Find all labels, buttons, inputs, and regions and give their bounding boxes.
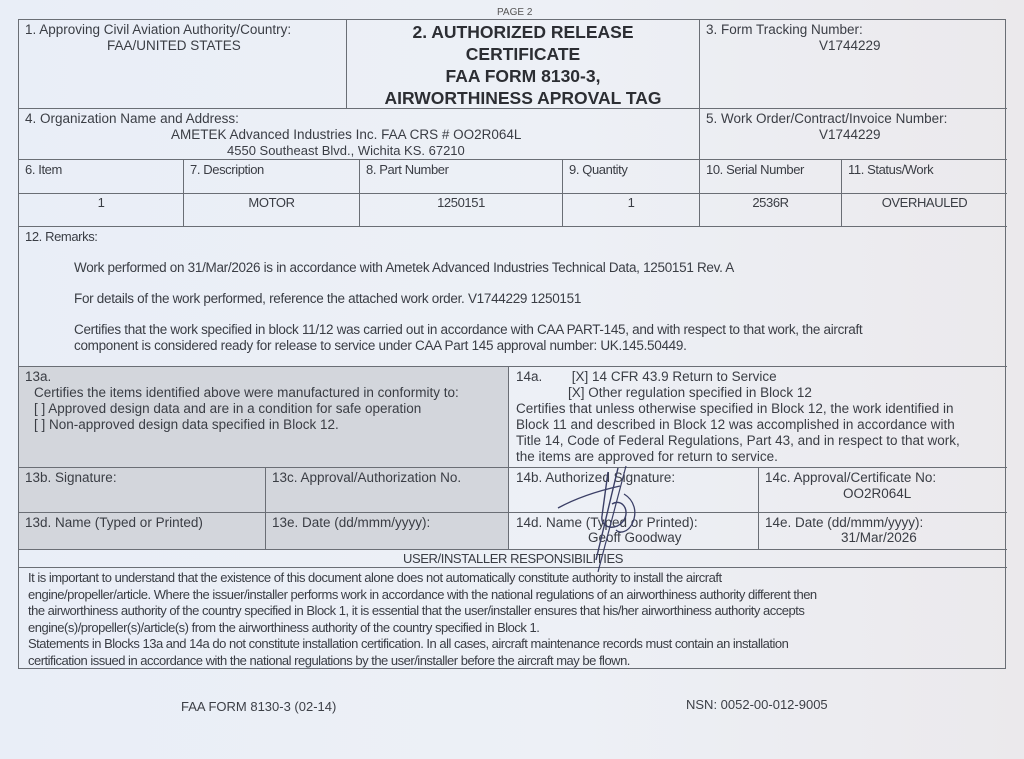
remarks-para-1: Work performed on 31/Mar/2026 is in acco… xyxy=(25,260,1001,276)
block-13b-signature[interactable]: 13b. Signature: xyxy=(19,468,266,513)
header-serial-number: 10. Serial Number xyxy=(700,160,842,194)
block-14b-label: 14b. Authorized Signature: xyxy=(516,470,675,485)
block-1-authority: 1. Approving Civil Aviation Authority/Co… xyxy=(19,20,347,109)
option-label: Non-approved design data specified in Bl… xyxy=(49,417,339,432)
block-14b-signature[interactable]: 14b. Authorized Signature: xyxy=(509,468,759,513)
block-13a-text: Certifies the items identified above wer… xyxy=(25,385,502,401)
option-label: Other regulation specified in Block 12 xyxy=(588,385,812,400)
header-description: 7. Description xyxy=(184,160,360,194)
option-label: Approved design data and are in a condit… xyxy=(48,401,421,416)
block-13e-date[interactable]: 13e. Date (dd/mmm/yyyy): xyxy=(266,513,509,550)
block-14c-certificate-no: 14c. Approval/Certificate No: OO2R064L xyxy=(759,468,1007,513)
block-13e-label: 13e. Date (dd/mmm/yyyy): xyxy=(272,515,430,530)
block-1-value: FAA/UNITED STATES xyxy=(107,38,241,54)
block-14e-date: 14e. Date (dd/mmm/yyyy): 31/Mar/2026 xyxy=(759,513,1007,550)
block-14e-value: 31/Mar/2026 xyxy=(841,530,917,546)
block-14d-value: Geoff Goodway xyxy=(588,530,682,546)
cell-status-work: OVERHAULED xyxy=(842,194,1007,227)
block-5-label: 5. Work Order/Contract/Invoice Number: xyxy=(706,111,947,126)
block-3-label: 3. Form Tracking Number: xyxy=(706,22,863,37)
block-12-label: 12. Remarks: xyxy=(25,229,1001,245)
remarks-para-3-line-1: Certifies that the work specified in blo… xyxy=(25,322,1001,338)
block-1-label: 1. Approving Civil Aviation Authority/Co… xyxy=(25,22,291,37)
block-13c-label: 13c. Approval/Authorization No. xyxy=(272,470,461,485)
responsibilities-line: certification issued in accordance with … xyxy=(28,653,1001,670)
block-4-line1: AMETEK Advanced Industries Inc. FAA CRS … xyxy=(171,127,521,143)
block-13c-approval-no[interactable]: 13c. Approval/Authorization No. xyxy=(266,468,509,513)
responsibilities-line: engine(s)/propeller(s)/article(s) from t… xyxy=(28,620,1001,637)
header-quantity: 9. Quantity xyxy=(563,160,700,194)
block-14a-text-2: Block 11 and described in Block 12 was a… xyxy=(516,417,1001,433)
option-label: 14 CFR 43.9 Return to Service xyxy=(592,369,777,384)
responsibilities-line: It is important to understand that the e… xyxy=(28,570,1001,587)
responsibilities-line: Statements in Blocks 13a and 14a do not … xyxy=(28,636,1001,653)
cell-serial-number: 2536R xyxy=(700,194,842,227)
title-line-2: CERTIFICATE xyxy=(353,43,693,65)
cell-quantity: 1 xyxy=(563,194,700,227)
block-3-value: V1744229 xyxy=(819,38,881,54)
block-14a-text-4: the items are approved for return to ser… xyxy=(516,449,1001,465)
header-status-work: 11. Status/Work xyxy=(842,160,1007,194)
block-13a-label: 13a. xyxy=(25,369,502,385)
certificate-form: 1. Approving Civil Aviation Authority/Co… xyxy=(18,19,1006,669)
block-2-title: 2. AUTHORIZED RELEASE CERTIFICATE FAA FO… xyxy=(347,20,700,109)
block-13d-label: 13d. Name (Typed or Printed) xyxy=(25,515,203,530)
block-5-work-order: 5. Work Order/Contract/Invoice Number: V… xyxy=(700,109,1007,160)
block-14d-label: 14d. Name (Typed or Printed): xyxy=(516,515,698,530)
responsibilities-line: the airworthiness authority of the count… xyxy=(28,603,1001,620)
cell-part-number: 1250151 xyxy=(360,194,563,227)
block-14a-label: 14a. xyxy=(516,369,568,385)
responsibilities-line: engine/propeller/article. Where the issu… xyxy=(28,587,1001,604)
cell-item: 1 xyxy=(19,194,184,227)
checkbox-other-regulation[interactable]: [X] xyxy=(568,385,585,400)
responsibilities-text: It is important to understand that the e… xyxy=(19,568,1007,670)
block-14a: 14a. [X] 14 CFR 43.9 Return to Service [… xyxy=(509,367,1007,468)
block-14d-name: 14d. Name (Typed or Printed): Geoff Good… xyxy=(509,513,759,550)
block-13a: 13a. Certifies the items identified abov… xyxy=(19,367,509,468)
title-line-4: AIRWORTHINESS APROVAL TAG xyxy=(353,87,693,109)
block-14c-label: 14c. Approval/Certificate No: xyxy=(765,470,936,485)
block-3-tracking-number: 3. Form Tracking Number: V1744229 xyxy=(700,20,1007,109)
remarks-para-3-line-2: component is considered ready for releas… xyxy=(25,338,1001,354)
block-4-line2: 4550 Southeast Blvd., Wichita KS. 67210 xyxy=(227,143,465,159)
checkbox-non-approved-design[interactable]: [ ] xyxy=(34,417,45,432)
block-13d-name[interactable]: 13d. Name (Typed or Printed) xyxy=(19,513,266,550)
cell-description: MOTOR xyxy=(184,194,360,227)
block-4-organization: 4. Organization Name and Address: AMETEK… xyxy=(19,109,700,160)
block-5-value: V1744229 xyxy=(819,127,881,143)
block-12-remarks: 12. Remarks: Work performed on 31/Mar/20… xyxy=(19,227,1007,367)
title-line-1: 2. AUTHORIZED RELEASE xyxy=(353,21,693,43)
title-line-3: FAA FORM 8130-3, xyxy=(353,65,693,87)
form-identifier: FAA FORM 8130-3 (02-14) xyxy=(181,699,336,714)
remarks-para-2: For details of the work performed, refer… xyxy=(25,291,1001,307)
block-14a-text-1: Certifies that unless otherwise specifie… xyxy=(516,401,1001,417)
block-13b-label: 13b. Signature: xyxy=(25,470,117,485)
block-14e-label: 14e. Date (dd/mmm/yyyy): xyxy=(765,515,923,530)
page-label: PAGE 2 xyxy=(497,7,532,18)
nsn-number: NSN: 0052-00-012-9005 xyxy=(686,697,828,712)
checkbox-approved-design[interactable]: [ ] xyxy=(34,401,45,416)
block-4-label: 4. Organization Name and Address: xyxy=(25,111,239,126)
block-14a-text-3: Title 14, Code of Federal Regulations, P… xyxy=(516,433,1001,449)
block-13a-option-2[interactable]: [ ] Non-approved design data specified i… xyxy=(25,417,502,433)
block-13a-option-1[interactable]: [ ] Approved design data and are in a co… xyxy=(25,401,502,417)
block-14c-value: OO2R064L xyxy=(843,486,911,502)
header-item: 6. Item xyxy=(19,160,184,194)
header-part-number: 8. Part Number xyxy=(360,160,563,194)
responsibilities-heading: USER/INSTALLER RESPONSIBILITIES xyxy=(19,550,1007,568)
checkbox-return-to-service[interactable]: [X] xyxy=(572,369,589,384)
